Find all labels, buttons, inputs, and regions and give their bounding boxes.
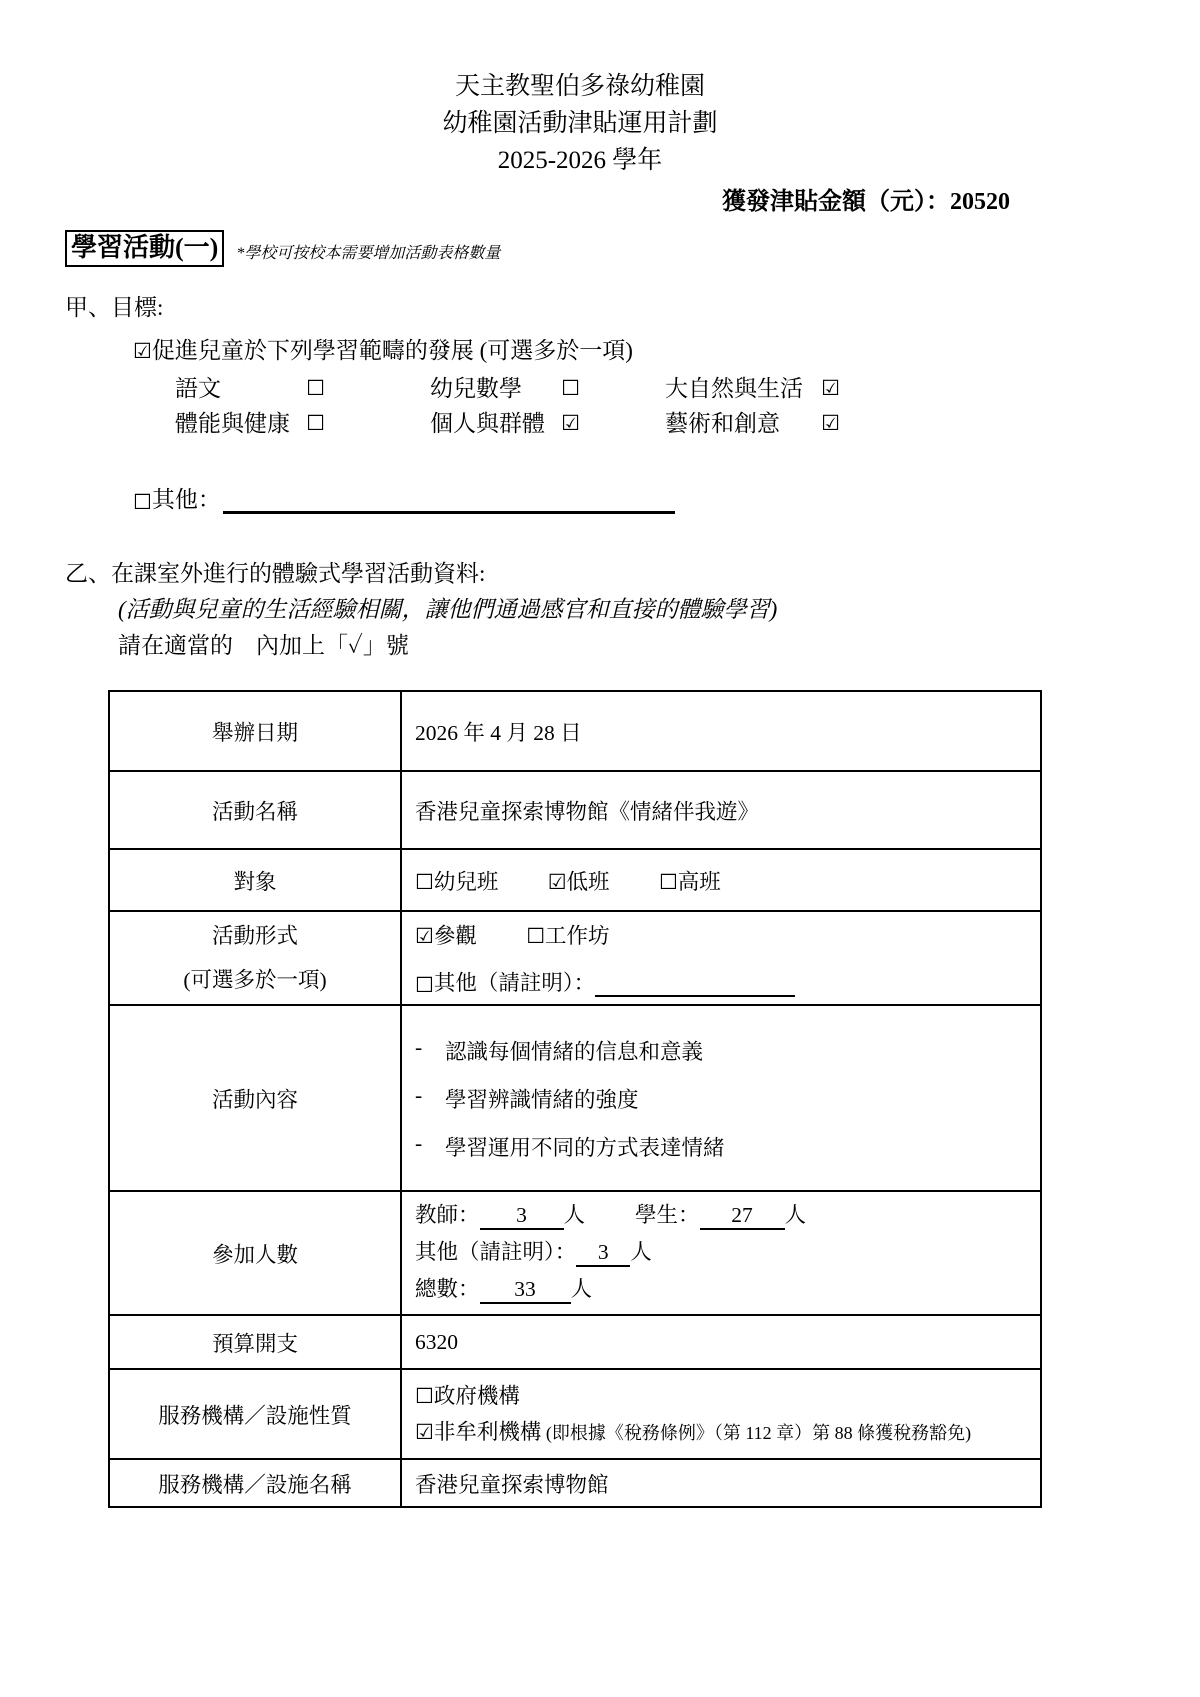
option-label: 工作坊 (545, 924, 610, 948)
gov-org-checkbox[interactable]: ☐ (415, 1384, 434, 1408)
unit-label: 人 (571, 1277, 593, 1301)
teacher-label: 教師： (415, 1203, 480, 1227)
content-label: 活動內容 (109, 1005, 401, 1191)
workshop-checkbox[interactable]: ☐ (526, 924, 545, 948)
nonprofit-note: (即根據《稅務條例》（第 112 章）第 88 條獲稅務豁免) (541, 1423, 971, 1443)
format-label: 活動形式 (111, 921, 399, 951)
org-type-nonprofit-line: ☑非牟利機構 (即根據《稅務條例》（第 112 章）第 88 條獲稅務豁免) (415, 1418, 1032, 1447)
activity-details-table: 舉辦日期 2026 年 4 月 28 日 活動名稱 香港兒童探索博物館《情緒伴我… (108, 690, 1042, 1508)
lower-class-checkbox[interactable]: ☑ (548, 870, 567, 894)
option-label: 高班 (678, 870, 721, 894)
format-option-visit: ☑參觀 (415, 924, 477, 948)
format-options: ☑參觀 ☐工作坊 (415, 919, 1032, 950)
other-count-field[interactable]: 3 (576, 1239, 630, 1267)
domain-language-checkbox[interactable]: ☐ (306, 371, 325, 406)
unit-label: 人 (785, 1203, 807, 1227)
participants-label: 參加人數 (109, 1191, 401, 1315)
budget-label: 預算開支 (109, 1315, 401, 1369)
content-item: -學習辨識情緒的強度 (415, 1083, 1032, 1114)
domain-physical: 體能與健康 ☐ (175, 406, 325, 441)
participants-line-1: 教師：3人學生：27人 (415, 1202, 1032, 1230)
target-option-upper: ☐高班 (659, 870, 721, 894)
domain-label: 體能與健康 (175, 406, 290, 441)
table-row-org-type: 服務機構／設施性質 ☐政府機構 ☑非牟利機構 (即根據《稅務條例》（第 112 … (109, 1369, 1041, 1459)
content-items: -認識每個情緒的信息和意義 -學習辨識情緒的強度 -學習運用不同的方式表達情緒 (401, 1005, 1041, 1191)
format-options-cell: ☑參觀 ☐工作坊 ☐其他（請註明）： (401, 911, 1041, 1005)
promote-text: 促進兒童於下列學習範疇的發展 (152, 338, 474, 363)
participants-other-label: 其他（請註明）： (415, 1240, 576, 1264)
other-objective-blank[interactable] (223, 490, 675, 514)
domain-physical-checkbox[interactable]: ☐ (306, 406, 325, 441)
domain-nature-checkbox[interactable]: ☑ (821, 371, 840, 406)
content-text: 認識每個情緒的信息和意義 (445, 1035, 703, 1066)
target-options: ☐幼兒班 ☑低班 ☐高班 (401, 849, 1041, 911)
org-type-gov-line: ☐政府機構 (415, 1382, 1032, 1410)
dash-bullet: - (415, 1083, 445, 1114)
table-row-budget: 預算開支 6320 (109, 1315, 1041, 1369)
table-row-content: 活動內容 -認識每個情緒的信息和意義 -學習辨識情緒的強度 -學習運用不同的方式… (109, 1005, 1041, 1191)
content-item: -認識每個情緒的信息和意義 (415, 1035, 1032, 1066)
part-b-section: 乙、在課室外進行的體驗式學習活動資料: (活動與兒童的生活經驗相關，讓他們通過感… (65, 556, 1200, 664)
content-item: -學習運用不同的方式表達情緒 (415, 1131, 1032, 1162)
unit-label: 人 (630, 1240, 652, 1264)
part-b-heading: 乙、在課室外進行的體驗式學習活動資料: (65, 556, 1200, 592)
domain-label: 大自然與生活 (665, 371, 803, 406)
nonprofit-org-checkbox[interactable]: ☑ (415, 1420, 434, 1444)
promote-development-line: ☑促進兒童於下列學習範疇的發展 (可選多於一項) (133, 332, 1200, 365)
part-b-subheading: (活動與兒童的生活經驗相關，讓他們通過感官和直接的體驗學習) (118, 592, 1200, 628)
domain-nature: 大自然與生活 ☑ (665, 371, 840, 406)
option-label: 非牟利機構 (434, 1420, 542, 1444)
participants-line-2: 其他（請註明）：3人 (415, 1239, 1032, 1267)
promote-hint: (可選多於一項) (474, 338, 633, 363)
target-label: 對象 (109, 849, 401, 911)
table-row-org-name: 服務機構／設施名稱 香港兒童探索博物館 (109, 1459, 1041, 1507)
domain-label: 幼兒數學 (430, 371, 522, 406)
other-objective-label: 其他： (152, 481, 221, 514)
section-heading: 學習活動(一) *學校可按校本需要增加活動表格數量 (65, 230, 1200, 267)
option-label: 低班 (567, 870, 610, 894)
dash-bullet: - (415, 1131, 445, 1162)
document-title-block: 天主教聖伯多祿幼稚園 幼稚園活動津貼運用計劃 2025-2026 學年 (65, 68, 1095, 179)
document-page: 天主教聖伯多祿幼稚園 幼稚園活動津貼運用計劃 2025-2026 學年 獲發津貼… (0, 0, 1200, 1697)
budget-value: 6320 (401, 1315, 1041, 1369)
domain-label: 藝術和創意 (665, 406, 780, 441)
table-row-target: 對象 ☐幼兒班 ☑低班 ☐高班 (109, 849, 1041, 911)
domain-label: 個人與群體 (430, 406, 545, 441)
format-other-label: 其他（請註明）： (434, 966, 595, 997)
option-label: 政府機構 (434, 1384, 520, 1408)
part-b-instruction: 請在適當的 內加上「✓」號 (118, 628, 1200, 664)
activity-name-value: 香港兒童探索博物館《情緒伴我遊》 (401, 771, 1041, 849)
activity-section-title: 學習活動(一) (65, 230, 224, 267)
format-option-workshop: ☐工作坊 (526, 924, 609, 948)
content-text: 學習運用不同的方式表達情緒 (445, 1131, 725, 1162)
teacher-count-field[interactable]: 3 (480, 1202, 564, 1230)
org-name-label: 服務機構／設施名稱 (109, 1459, 401, 1507)
plan-title: 幼稚園活動津貼運用計劃 (65, 105, 1095, 142)
participants-cell: 教師：3人學生：27人 其他（請註明）：3人 總數：33人 (401, 1191, 1041, 1315)
domain-art: 藝術和創意 ☑ (665, 406, 840, 441)
other-objective-checkbox[interactable]: ☐ (133, 490, 152, 514)
table-row-participants: 參加人數 教師：3人學生：27人 其他（請註明）：3人 總數：33人 (109, 1191, 1041, 1315)
format-label-cell: 活動形式 (可選多於一項) (109, 911, 401, 1005)
format-other-blank[interactable] (595, 975, 795, 997)
student-label: 學生： (635, 1203, 700, 1227)
other-objective-line: ☐其他： (133, 481, 1200, 514)
learning-domains: 語文 ☐ 幼兒數學 ☐ 大自然與生活 ☑ 體能與健康 ☐ 個人與群體 ☑ 藝術和 (175, 371, 1200, 441)
visit-checkbox[interactable]: ☑ (415, 924, 434, 948)
date-value: 2026 年 4 月 28 日 (401, 691, 1041, 771)
student-count-field[interactable]: 27 (700, 1202, 785, 1230)
domain-math-checkbox[interactable]: ☐ (561, 371, 580, 406)
content-text: 學習辨識情緒的強度 (445, 1083, 639, 1114)
section-note: *學校可按校本需要增加活動表格數量 (236, 240, 500, 267)
domain-language: 語文 ☐ (175, 371, 325, 406)
domain-row: 語文 ☐ 幼兒數學 ☐ 大自然與生活 ☑ (175, 371, 1200, 406)
nursery-checkbox[interactable]: ☐ (415, 870, 434, 894)
school-year: 2025-2026 學年 (65, 142, 1095, 179)
activity-name-label: 活動名稱 (109, 771, 401, 849)
total-label: 總數： (415, 1277, 480, 1301)
domain-row: 體能與健康 ☐ 個人與群體 ☑ 藝術和創意 ☑ (175, 406, 1200, 441)
domain-math: 幼兒數學 ☐ (430, 371, 580, 406)
format-label-note: (可選多於一項) (111, 965, 399, 995)
date-label: 舉辦日期 (109, 691, 401, 771)
format-other-checkbox[interactable]: ☐ (415, 973, 434, 997)
domain-personal-group-checkbox[interactable]: ☑ (561, 406, 580, 441)
upper-class-checkbox[interactable]: ☐ (659, 870, 678, 894)
format-other-line: ☐其他（請註明）： (415, 966, 1032, 997)
target-option-lower: ☑低班 (548, 870, 610, 894)
domain-personal-group: 個人與群體 ☑ (430, 406, 580, 441)
target-option-nursery: ☐幼兒班 (415, 870, 498, 894)
org-type-label: 服務機構／設施性質 (109, 1369, 401, 1459)
table-row-activity-name: 活動名稱 香港兒童探索博物館《情緒伴我遊》 (109, 771, 1041, 849)
domain-label: 語文 (175, 371, 221, 406)
total-count-field[interactable]: 33 (480, 1276, 571, 1304)
org-type-options: ☐政府機構 ☑非牟利機構 (即根據《稅務條例》（第 112 章）第 88 條獲稅… (401, 1369, 1041, 1459)
table-row-date: 舉辦日期 2026 年 4 月 28 日 (109, 691, 1041, 771)
participants-line-3: 總數：33人 (415, 1276, 1032, 1304)
school-name: 天主教聖伯多祿幼稚園 (65, 68, 1095, 105)
promote-checkbox[interactable]: ☑ (133, 339, 152, 363)
table-row-format: 活動形式 (可選多於一項) ☑參觀 ☐工作坊 ☐其他（請註明）： (109, 911, 1041, 1005)
unit-label: 人 (564, 1203, 586, 1227)
option-label: 幼兒班 (434, 870, 499, 894)
domain-art-checkbox[interactable]: ☑ (821, 406, 840, 441)
option-label: 參觀 (434, 924, 477, 948)
subsidy-amount-line: 獲發津貼金額（元）：20520 (65, 181, 1010, 216)
subsidy-amount: 20520 (950, 189, 1010, 215)
dash-bullet: - (415, 1035, 445, 1066)
org-name-value: 香港兒童探索博物館 (401, 1459, 1041, 1507)
part-a-heading: 甲、目標: (65, 289, 1200, 322)
subsidy-label: 獲發津貼金額（元）： (722, 189, 950, 215)
